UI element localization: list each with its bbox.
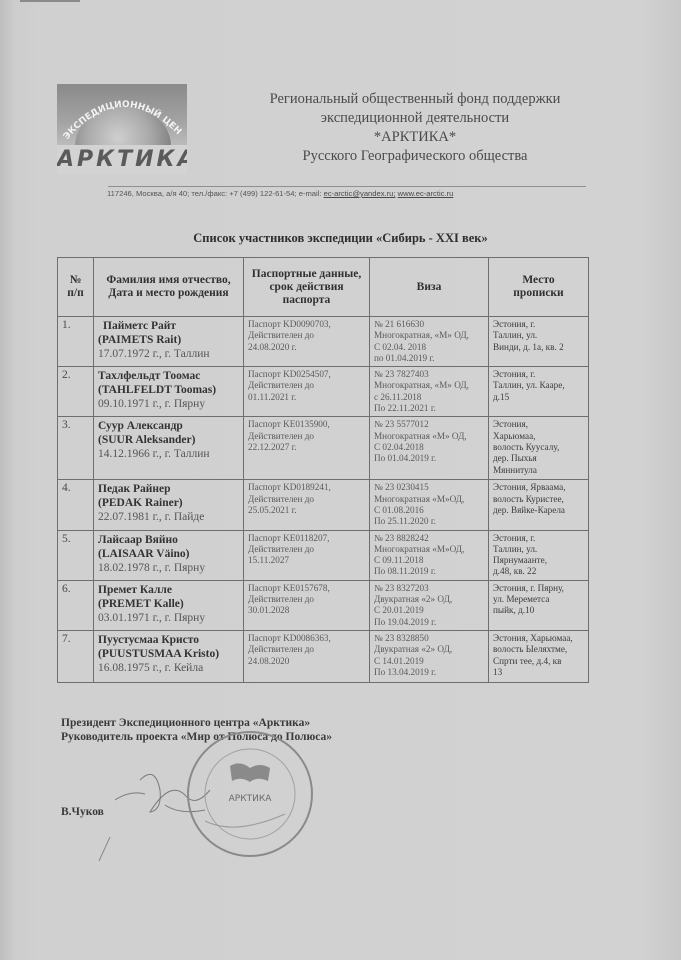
- visa-line: С 01.08.2016: [374, 505, 484, 516]
- visa-line: Многократная, «М» ОД,: [374, 330, 484, 341]
- header-name: Фамилия имя отчество, Дата и место рожде…: [94, 258, 244, 317]
- visa-cell: № 23 8328850Двукратная «2» ОД,С 14.01.20…: [370, 630, 489, 682]
- scan-edge-mark: [20, 0, 80, 2]
- org-line: экспедиционной деятельности: [250, 109, 580, 128]
- passport-line: 22.12.2027 г.: [248, 442, 365, 453]
- visa-line: № 23 0230415: [374, 482, 484, 493]
- passport-cell: Паспорт KD0086363,Действителен до24.08.2…: [244, 630, 370, 682]
- address-line: д.48, кв. 22: [493, 566, 584, 577]
- row-number: 4.: [58, 480, 94, 530]
- header-num: № п/п: [58, 258, 94, 317]
- passport-line: Паспорт KD0086363,: [248, 633, 365, 644]
- address-line: Таллин, ул.: [493, 330, 584, 341]
- name-latin: (PREMET Kalle): [98, 597, 239, 611]
- address-cell: Эстония, г.Таллин, ул.Винди, д. 1а, кв. …: [489, 317, 589, 367]
- address-line: волость Куристее,: [493, 494, 584, 505]
- participant-name-cell: Пайметс Райт (PAIMETS Rait) 17.07.1972 г…: [94, 317, 244, 367]
- row-number: 1.: [58, 317, 94, 367]
- birth-date-place: 14.12.1966 г., г. Таллин: [98, 447, 239, 461]
- passport-line: Действителен до: [248, 431, 365, 442]
- address-line: пыйк, д.10: [493, 605, 584, 616]
- visa-cell: № 23 8828242Многократная «М»ОД,С 09.11.2…: [370, 530, 489, 580]
- visa-line: По 13.04.2019 г.: [374, 667, 484, 678]
- passport-line: 24.08.2020 г.: [248, 342, 365, 353]
- visa-line: Многократная «М»ОД,: [374, 494, 484, 505]
- passport-line: Действителен до: [248, 594, 365, 605]
- logo-brand-text: АРКТИКА: [57, 145, 187, 174]
- table-row: 3. Суур Александр (SUUR Aleksander) 14.1…: [58, 417, 589, 480]
- participant-name-cell: Пуустусмаа Кристо (PUUSTUSMAA Kristo) 16…: [94, 630, 244, 682]
- visa-line: С 02.04. 2018: [374, 342, 484, 353]
- visa-line: По 25.11.2020 г.: [374, 516, 484, 527]
- header-visa: Виза: [370, 258, 489, 317]
- participant-name-cell: Суур Александр (SUUR Aleksander) 14.12.1…: [94, 417, 244, 480]
- visa-line: По 22.11.2021 г.: [374, 403, 484, 414]
- address-line: Пярнумаанте,: [493, 555, 584, 566]
- org-line: Русского Географического общества: [250, 147, 580, 166]
- row-number: 3.: [58, 417, 94, 480]
- visa-line: По 01.04.2019 г.: [374, 453, 484, 464]
- address-line: Таллин, ул.: [493, 544, 584, 555]
- participant-name-cell: Тахлфельдт Тоомас (TAHLFELDT Toomas) 09.…: [94, 367, 244, 417]
- visa-line: № 23 8828242: [374, 533, 484, 544]
- name-latin: (SUUR Aleksander): [98, 433, 239, 447]
- visa-cell: № 23 7827403Многократная, «М» ОД,с 26.11…: [370, 367, 489, 417]
- passport-cell: Паспорт KD0189241,Действителен до25.05.2…: [244, 480, 370, 530]
- passport-line: Действителен до: [248, 330, 365, 341]
- svg-text:ЭКСПЕДИЦИОННЫЙ ЦЕНТР: ЭКСПЕДИЦИОННЫЙ ЦЕНТР: [57, 84, 183, 142]
- visa-line: № 21 616630: [374, 319, 484, 330]
- name-russian: Пайметс Райт: [98, 319, 239, 333]
- address-cell: Эстония, Харьюмаа,волость Ыеляхтме,Спрти…: [489, 630, 589, 682]
- row-number: 6.: [58, 580, 94, 630]
- org-line: *АРКТИКА*: [250, 128, 580, 147]
- passport-line: 30.01.2028: [248, 605, 365, 616]
- passport-line: Действителен до: [248, 494, 365, 505]
- birth-date-place: 03.01.1971 г., г. Пярну: [98, 611, 239, 625]
- address-line: Таллин, ул. Кааре,: [493, 380, 584, 391]
- passport-cell: Паспорт KD0254507,Действителен до01.11.2…: [244, 367, 370, 417]
- address-line: ул. Мереметса: [493, 594, 584, 605]
- row-number: 7.: [58, 630, 94, 682]
- visa-line: № 23 7827403: [374, 369, 484, 380]
- participant-name-cell: Педак Райнер (PEDAK Rainer) 22.07.1981 г…: [94, 480, 244, 530]
- passport-cell: Паспорт KE0118207,Действителен до15.11.2…: [244, 530, 370, 580]
- table-row: 7. Пуустусмаа Кристо (PUUSTUSMAA Kristo)…: [58, 630, 589, 682]
- website-link[interactable]: www.ec-arctic.ru: [398, 189, 454, 198]
- svg-text:АРКТИКА: АРКТИКА: [229, 794, 273, 804]
- logo-arc-text: ЭКСПЕДИЦИОННЫЙ ЦЕНТР: [57, 84, 187, 146]
- address-line: д.15: [493, 392, 584, 403]
- address-cell: Эстония, г. Пярну,ул. Мереметсапыйк, д.1…: [489, 580, 589, 630]
- name-latin: (PUUSTUSMAA Kristo): [98, 647, 239, 661]
- passport-line: Паспорт KE0157678,: [248, 583, 365, 594]
- address-cell: Эстония, г.Таллин, ул.Пярнумаанте,д.48, …: [489, 530, 589, 580]
- table-row: 2. Тахлфельдт Тоомас (TAHLFELDT Toomas) …: [58, 367, 589, 417]
- visa-line: Двукратная «2» ОД,: [374, 594, 484, 605]
- address-line: 13: [493, 667, 584, 678]
- address-line: Эстония, г.: [493, 533, 584, 544]
- document-title: Список участников экспедиции «Сибирь - X…: [0, 231, 681, 246]
- passport-cell: Паспорт KE0135900,Действителен до22.12.2…: [244, 417, 370, 480]
- visa-line: Многократная «М»ОД,: [374, 544, 484, 555]
- visa-line: Многократная «М» ОД,: [374, 431, 484, 442]
- passport-line: Действителен до: [248, 544, 365, 555]
- address-line: Харьюмаа,: [493, 431, 584, 442]
- name-russian: Педак Райнер: [98, 482, 239, 496]
- address-line: дер. Вяйке-Карела: [493, 505, 584, 516]
- address-line: Эстония, г. Пярну,: [493, 583, 584, 594]
- visa-line: С 20.01.2019: [374, 605, 484, 616]
- name-russian: Суур Александр: [98, 419, 239, 433]
- visa-line: № 23 8328850: [374, 633, 484, 644]
- address-line: Винди, д. 1а, кв. 2: [493, 342, 584, 353]
- birth-date-place: 18.02.1978 г., г. Пярну: [98, 561, 239, 575]
- passport-line: Паспорт KE0118207,: [248, 533, 365, 544]
- table-row: 6. Премет Калле (PREMET Kalle) 03.01.197…: [58, 580, 589, 630]
- address-line: Эстония, Ярваама,: [493, 482, 584, 493]
- passport-line: Паспорт KD0189241,: [248, 482, 365, 493]
- participant-name-cell: Лайсаар Вяйно (LAISAAR Väino) 18.02.1978…: [94, 530, 244, 580]
- visa-line: № 23 8327203: [374, 583, 484, 594]
- table-row: 4. Педак Райнер (PEDAK Rainer) 22.07.198…: [58, 480, 589, 530]
- table-row: 1. Пайметс Райт (PAIMETS Rait) 17.07.197…: [58, 317, 589, 367]
- birth-date-place: 22.07.1981 г., г. Пайде: [98, 510, 239, 524]
- passport-line: Паспорт KD0254507,: [248, 369, 365, 380]
- visa-line: По 19.04.2019 г.: [374, 617, 484, 628]
- address-line: Спрти тее, д.4, кв: [493, 656, 584, 667]
- visa-line: С 09.11.2018: [374, 555, 484, 566]
- passport-cell: Паспорт KD0090703,Действителен до24.08.2…: [244, 317, 370, 367]
- pen-stroke-mark: [95, 835, 115, 865]
- address-line: волость Куусалу,: [493, 442, 584, 453]
- table-row: 5. Лайсаар Вяйно (LAISAAR Väino) 18.02.1…: [58, 530, 589, 580]
- passport-line: Паспорт KD0090703,: [248, 319, 365, 330]
- name-russian: Пуустусмаа Кристо: [98, 633, 239, 647]
- email-link[interactable]: ec-arctic@yandex.ru;: [324, 189, 396, 198]
- address-line: Эстония, Харьюмаа,: [493, 633, 584, 644]
- name-russian: Тахлфельдт Тоомас: [98, 369, 239, 383]
- address-cell: Эстония, г.Таллин, ул. Кааре,д.15: [489, 367, 589, 417]
- org-line: Региональный общественный фонд поддержки: [250, 90, 580, 109]
- address-line: Мяннитула: [493, 465, 584, 476]
- passport-line: 15.11.2027: [248, 555, 365, 566]
- address-line: Эстония, г.: [493, 319, 584, 330]
- signer-name: В.Чуков: [61, 806, 104, 818]
- name-latin: (LAISAAR Väino): [98, 547, 239, 561]
- visa-cell: № 23 5577012Многократная «М» ОД,С 02.04.…: [370, 417, 489, 480]
- address-line: Эстония, г.: [493, 369, 584, 380]
- participants-table: № п/п Фамилия имя отчество, Дата и место…: [57, 257, 589, 683]
- visa-line: С 02.04.2018: [374, 442, 484, 453]
- participant-name-cell: Премет Калле (PREMET Kalle) 03.01.1971 г…: [94, 580, 244, 630]
- organization-name: Региональный общественный фонд поддержки…: [250, 90, 580, 166]
- contact-line: 117246, Москва, а/я 40; тел./факс: +7 (4…: [107, 189, 587, 198]
- birth-date-place: 17.07.1972 г., г. Таллин: [98, 347, 239, 361]
- table-header-row: № п/п Фамилия имя отчество, Дата и место…: [58, 258, 589, 317]
- address-line: волость Ыеляхтме,: [493, 644, 584, 655]
- birth-date-place: 09.10.1971 г., г. Пярну: [98, 397, 239, 411]
- visa-line: № 23 5577012: [374, 419, 484, 430]
- arktika-logo: ЭКСПЕДИЦИОННЫЙ ЦЕНТР АРКТИКА: [57, 84, 187, 174]
- address-cell: Эстония,Харьюмаа,волость Куусалу,дер. Пы…: [489, 417, 589, 480]
- address-line: дер. Пыхья: [493, 453, 584, 464]
- passport-line: 25.05.2021 г.: [248, 505, 365, 516]
- name-latin: (PEDAK Rainer): [98, 496, 239, 510]
- visa-line: с 26.11.2018: [374, 392, 484, 403]
- header-passport: Паспортные данные, срок действия паспорт…: [244, 258, 370, 317]
- round-seal-stamp-icon: АРКТИКА: [175, 726, 325, 861]
- name-russian: Премет Калле: [98, 583, 239, 597]
- visa-line: С 14.01.2019: [374, 656, 484, 667]
- visa-line: Многократная, «М» ОД,: [374, 380, 484, 391]
- row-number: 2.: [58, 367, 94, 417]
- letterhead-divider: [108, 186, 586, 187]
- address-phone: 117246, Москва, а/я 40; тел./факс: +7 (4…: [107, 189, 324, 198]
- passport-line: Действителен до: [248, 380, 365, 391]
- address-cell: Эстония, Ярваама,волость Куристее,дер. В…: [489, 480, 589, 530]
- passport-line: 24.08.2020: [248, 656, 365, 667]
- visa-cell: № 23 0230415Многократная «М»ОД,С 01.08.2…: [370, 480, 489, 530]
- address-line: Эстония,: [493, 419, 584, 430]
- visa-cell: № 21 616630Многократная, «М» ОД,С 02.04.…: [370, 317, 489, 367]
- birth-date-place: 16.08.1975 г., г. Кейла: [98, 661, 239, 675]
- visa-line: Двукратная «2» ОД,: [374, 644, 484, 655]
- name-russian: Лайсаар Вяйно: [98, 533, 239, 547]
- visa-cell: № 23 8327203Двукратная «2» ОД,С 20.01.20…: [370, 580, 489, 630]
- header-address: Место прописки: [489, 258, 589, 317]
- visa-line: По 08.11.2019 г.: [374, 566, 484, 577]
- row-number: 5.: [58, 530, 94, 580]
- name-latin: (TAHLFELDT Toomas): [98, 383, 239, 397]
- passport-line: Паспорт KE0135900,: [248, 419, 365, 430]
- passport-line: 01.11.2021 г.: [248, 392, 365, 403]
- passport-line: Действителен до: [248, 644, 365, 655]
- visa-line: по 01.04.2019 г.: [374, 353, 484, 364]
- name-latin: (PAIMETS Rait): [98, 333, 239, 347]
- passport-cell: Паспорт KE0157678,Действителен до30.01.2…: [244, 580, 370, 630]
